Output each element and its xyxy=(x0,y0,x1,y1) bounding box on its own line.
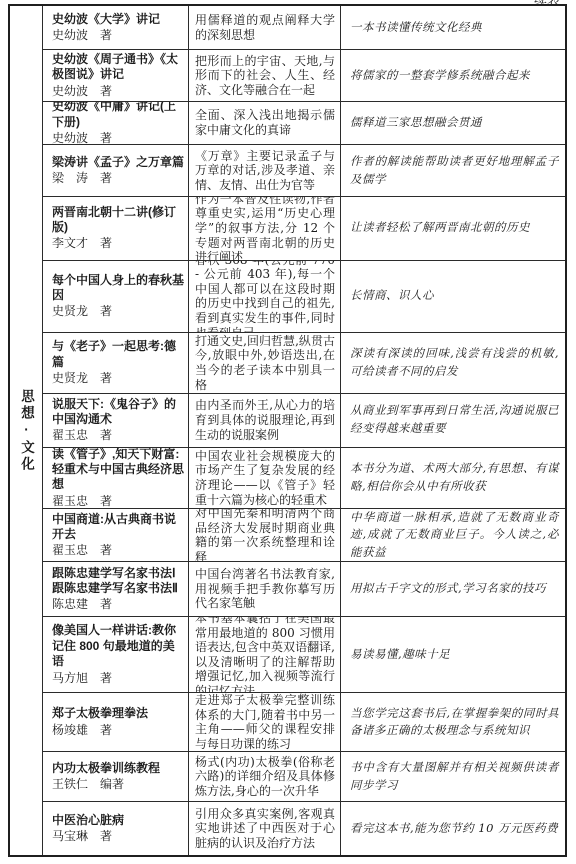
title-cell: 与《老子》一起思考:德篇 史贤龙 著 xyxy=(43,333,189,393)
recommendation-cell: 儒释道三家思想融会贯通 xyxy=(341,102,565,144)
book-description: 引用众多真实案例,客观真实地讲述了中西医对于心脏病的认识及治疗方法 xyxy=(195,807,335,851)
book-recommendation: 当您学完这套书后,在掌握拳架的同时具备诸多正确的太极理念与系统知识 xyxy=(350,705,559,741)
book-author: 陈忠建 著 xyxy=(52,597,184,613)
book-description: 本书基本囊括了在美国最常用最地道的 800 习惯用语表达,包含中英双语翻译,以及… xyxy=(195,617,335,692)
description-cell: 《万章》主要记录孟子与万章的对话,涉及孝道、亲情、友情、出仕为官等 xyxy=(189,145,341,196)
recommendation-cell: 作者的解读能帮助读者更好地理解孟子及儒学 xyxy=(341,145,565,196)
description-cell: 把形而上的宇宙、天地,与形而下的社会、人生、经济、文化等融合在一起 xyxy=(189,50,341,101)
book-title: 与《老子》一起思考:德篇 xyxy=(52,339,184,370)
description-cell: 引用众多真实案例,客观真实地讲述了中西医对于心脏病的认识及治疗方法 xyxy=(189,802,341,855)
table-row: 郑子太极拳理拳法 杨竣雄 著 走进郑子太极拳完整训练体系的大门,随着书中另一主角… xyxy=(43,693,565,752)
book-table: 思想·文化 史幼波《大学》讲记 史幼波 著 用儒释道的观点阐释大学的深刻思想 一… xyxy=(8,4,567,857)
book-title: 中医治心脏病 xyxy=(52,813,184,828)
table-row: 读《管子》,知天下财富:轻重术与中国古典经济思想 翟玉忠 著 中国农业社会规模庞… xyxy=(43,448,565,510)
book-author: 史贤龙 著 xyxy=(52,304,184,320)
book-recommendation: 深读有深读的回味,浅尝有浅尝的机敏,可给读者不同的启发 xyxy=(350,345,559,381)
recommendation-cell: 当您学完这套书后,在掌握拳架的同时具备诸多正确的太极理念与系统知识 xyxy=(341,693,565,751)
description-cell: 打通文史,回归哲慧,纵贯古今,放眼中外,妙语迭出,在当今的老子读本中别具一格 xyxy=(189,333,341,393)
table-row: 史幼波《大学》讲记 史幼波 著 用儒释道的观点阐释大学的深刻思想 一本书读懂传统… xyxy=(43,6,565,50)
table-row: 史幼波《中庸》讲记(上下册) 史幼波 著 全面、深入浅出地揭示儒家中庸文化的真谛… xyxy=(43,102,565,145)
table-row: 中医治心脏病 马宝琳 著 引用众多真实案例,客观真实地讲述了中西医对于心脏病的认… xyxy=(43,802,565,855)
description-cell: 对中国先秦和明清两个商品经济大发展时期商业典籍的第一次系统整理和诠释 xyxy=(189,509,341,561)
book-recommendation: 看完这本书,能为您节约 10 万元医药费 xyxy=(350,820,559,838)
book-recommendation: 儒释道三家思想融会贯通 xyxy=(350,114,559,132)
recommendation-cell: 将儒家的一整套学修系统融合起来 xyxy=(341,50,565,101)
description-cell: 用儒释道的观点阐释大学的深刻思想 xyxy=(189,6,341,49)
table-row: 史幼波《周子通书》《太极图说》讲记 史幼波 著 把形而上的宇宙、天地,与形而下的… xyxy=(43,50,565,102)
book-title: 说服天下:《鬼谷子》的中国沟通术 xyxy=(52,397,184,428)
title-cell: 史幼波《大学》讲记 史幼波 著 xyxy=(43,6,189,49)
title-cell: 说服天下:《鬼谷子》的中国沟通术 翟玉忠 著 xyxy=(43,394,189,447)
description-cell: 走进郑子太极拳完整训练体系的大门,随着书中另一主角——师父的课程安排与每日功课的… xyxy=(189,693,341,751)
table-row: 中国商道:从古典商书说开去 翟玉忠 著 对中国先秦和明清两个商品经济大发展时期商… xyxy=(43,509,565,562)
title-cell: 两晋南北朝十二讲(修订版) 李文才 著 xyxy=(43,197,189,260)
table-rows: 史幼波《大学》讲记 史幼波 著 用儒释道的观点阐释大学的深刻思想 一本书读懂传统… xyxy=(43,6,565,855)
book-description: 中国农业社会规模庞大的市场产生了复杂发展的经济理论——以《管子》轻重十六篇为核心… xyxy=(195,449,335,508)
category-label: 思想·文化 xyxy=(16,389,36,473)
book-recommendation: 让读者轻松了解两晋南北朝的历史 xyxy=(350,219,559,237)
description-cell: 作为一本普及性读物,作者尊重史实,运用“历史心理学”的叙事方法,分 12 个专题… xyxy=(189,197,341,260)
recommendation-cell: 让读者轻松了解两晋南北朝的历史 xyxy=(341,197,565,260)
book-recommendation: 中华商道一脉相承,造就了无数商业奇迹,成就了无数商业巨子。今人读之,必能获益 xyxy=(350,509,559,561)
description-cell: 本书基本囊括了在美国最常用最地道的 800 习惯用语表达,包含中英双语翻译,以及… xyxy=(189,617,341,692)
book-description: 全面、深入浅出地揭示儒家中庸文化的真谛 xyxy=(195,108,335,137)
book-description: 打通文史,回归哲慧,纵贯古今,放眼中外,妙语迭出,在当今的老子读本中别具一格 xyxy=(195,334,335,393)
description-cell: 杨式(内功)太极拳(俗称老六路)的详细介绍及具体修炼方法,身心的一次升华 xyxy=(189,752,341,801)
book-author: 史幼波 著 xyxy=(52,131,184,144)
title-cell: 像美国人一样讲话:教你记住 800 句最地道的美语 马方旭 著 xyxy=(43,617,189,692)
book-title: 梁涛讲《孟子》之万章篇 xyxy=(52,155,184,170)
title-cell: 郑子太极拳理拳法 杨竣雄 著 xyxy=(43,693,189,751)
book-author: 史贤龙 著 xyxy=(52,371,184,387)
book-author: 李文才 著 xyxy=(52,236,184,252)
book-author: 马方旭 著 xyxy=(52,671,184,687)
table-row: 说服天下:《鬼谷子》的中国沟通术 翟玉忠 著 由内圣而外王,从心力的培育到具体的… xyxy=(43,394,565,448)
table-row: 每个中国人身上的春秋基因 史贤龙 著 春秋 368 年(公元前 770 - 公元… xyxy=(43,261,565,333)
book-author: 梁 涛 著 xyxy=(52,171,184,187)
book-description: 由内圣而外王,从心力的培育到具体的说服理论,再到生动的说服案例 xyxy=(195,398,335,442)
book-recommendation: 作者的解读能帮助读者更好地理解孟子及儒学 xyxy=(350,153,559,189)
book-recommendation: 将儒家的一整套学修系统融合起来 xyxy=(350,67,559,85)
recommendation-cell: 长情商、识人心 xyxy=(341,261,565,332)
table-row: 与《老子》一起思考:德篇 史贤龙 著 打通文史,回归哲慧,纵贯古今,放眼中外,妙… xyxy=(43,333,565,394)
book-recommendation: 书中含有大量图解并有相关视频供读者同步学习 xyxy=(350,759,559,795)
table-row: 跟陈忠建学写名家书法Ⅰ 跟陈忠建学写名家书法Ⅱ 陈忠建 著 中国台湾著名书法教育… xyxy=(43,562,565,617)
book-description: 杨式(内功)太极拳(俗称老六路)的详细介绍及具体修炼方法,身心的一次升华 xyxy=(195,755,335,799)
description-cell: 春秋 368 年(公元前 770 - 公元前 403 年),每一个中国人都可以在… xyxy=(189,261,341,332)
recommendation-cell: 一本书读懂传统文化经典 xyxy=(341,6,565,49)
book-description: 春秋 368 年(公元前 770 - 公元前 403 年),每一个中国人都可以在… xyxy=(195,261,335,332)
book-description: 对中国先秦和明清两个商品经济大发展时期商业典籍的第一次系统整理和诠释 xyxy=(195,509,335,561)
book-description: 走进郑子太极拳完整训练体系的大门,随着书中另一主角——师父的课程安排与每日功课的… xyxy=(195,693,335,751)
description-cell: 由内圣而外王,从心力的培育到具体的说服理论,再到生动的说服案例 xyxy=(189,394,341,447)
book-title: 两晋南北朝十二讲(修订版) xyxy=(52,205,184,236)
title-cell: 梁涛讲《孟子》之万章篇 梁 涛 著 xyxy=(43,145,189,196)
table-row: 梁涛讲《孟子》之万章篇 梁 涛 著 《万章》主要记录孟子与万章的对话,涉及孝道、… xyxy=(43,145,565,197)
title-cell: 史幼波《周子通书》《太极图说》讲记 史幼波 著 xyxy=(43,50,189,101)
book-title: 史幼波《中庸》讲记(上下册) xyxy=(52,102,184,130)
book-title: 每个中国人身上的春秋基因 xyxy=(52,273,184,304)
book-recommendation: 一本书读懂传统文化经典 xyxy=(350,19,559,37)
book-recommendation: 长情商、识人心 xyxy=(350,287,559,305)
book-title: 像美国人一样讲话:教你记住 800 句最地道的美语 xyxy=(52,623,184,669)
table-row: 内功太极拳训练教程 王铁仁 编著 杨式(内功)太极拳(俗称老六路)的详细介绍及具… xyxy=(43,752,565,802)
description-cell: 中国台湾著名书法教育家,用视频手把手教你摹写历代名家笔触 xyxy=(189,562,341,616)
book-description: 《万章》主要记录孟子与万章的对话,涉及孝道、亲情、友情、出仕为官等 xyxy=(195,149,335,193)
recommendation-cell: 易读易懂,趣味十足 xyxy=(341,617,565,692)
book-author: 史幼波 著 xyxy=(52,28,184,44)
book-title: 读《管子》,知天下财富:轻重术与中国古典经济思想 xyxy=(52,448,184,493)
book-title: 跟陈忠建学写名家书法Ⅰ 跟陈忠建学写名家书法Ⅱ xyxy=(52,566,184,597)
recommendation-cell: 中华商道一脉相承,造就了无数商业奇迹,成就了无数商业巨子。今人读之,必能获益 xyxy=(341,509,565,561)
title-cell: 读《管子》,知天下财富:轻重术与中国古典经济思想 翟玉忠 著 xyxy=(43,448,189,509)
table-row: 两晋南北朝十二讲(修订版) 李文才 著 作为一本普及性读物,作者尊重史实,运用“… xyxy=(43,197,565,261)
book-author: 史幼波 著 xyxy=(52,84,184,100)
recommendation-cell: 看完这本书,能为您节约 10 万元医药费 xyxy=(341,802,565,855)
description-cell: 全面、深入浅出地揭示儒家中庸文化的真谛 xyxy=(189,102,341,144)
book-recommendation: 从商业到军事再到日常生活,沟通说服已经变得越来越重要 xyxy=(350,402,559,438)
title-cell: 史幼波《中庸》讲记(上下册) 史幼波 著 xyxy=(43,102,189,144)
title-cell: 中国商道:从古典商书说开去 翟玉忠 著 xyxy=(43,509,189,561)
description-cell: 中国农业社会规模庞大的市场产生了复杂发展的经济理论——以《管子》轻重十六篇为核心… xyxy=(189,448,341,509)
book-author: 翟玉忠 著 xyxy=(52,428,184,444)
table-row: 像美国人一样讲话:教你记住 800 句最地道的美语 马方旭 著 本书基本囊括了在… xyxy=(43,617,565,693)
recommendation-cell: 本书分为道、术两大部分,有思想、有谋略,相信你会从中有所收获 xyxy=(341,448,565,509)
book-description: 作为一本普及性读物,作者尊重史实,运用“历史心理学”的叙事方法,分 12 个专题… xyxy=(195,197,335,260)
book-recommendation: 用拟古千字文的形式,学习名家的技巧 xyxy=(350,580,559,598)
book-author: 翟玉忠 著 xyxy=(52,494,184,509)
book-author: 翟玉忠 著 xyxy=(52,543,184,559)
book-title: 郑子太极拳理拳法 xyxy=(52,706,184,721)
book-author: 王铁仁 编著 xyxy=(52,777,184,793)
book-author: 杨竣雄 著 xyxy=(52,723,184,739)
book-description: 用儒释道的观点阐释大学的深刻思想 xyxy=(195,13,335,42)
recommendation-cell: 书中含有大量图解并有相关视频供读者同步学习 xyxy=(341,752,565,801)
title-cell: 跟陈忠建学写名家书法Ⅰ 跟陈忠建学写名家书法Ⅱ 陈忠建 著 xyxy=(43,562,189,616)
recommendation-cell: 用拟古千字文的形式,学习名家的技巧 xyxy=(341,562,565,616)
book-recommendation: 易读易懂,趣味十足 xyxy=(350,646,559,664)
book-author: 马宝琳 著 xyxy=(52,829,184,845)
book-title: 史幼波《周子通书》《太极图说》讲记 xyxy=(52,52,184,83)
book-title: 内功太极拳训练教程 xyxy=(52,761,184,776)
recommendation-cell: 深读有深读的回味,浅尝有浅尝的机敏,可给读者不同的启发 xyxy=(341,333,565,393)
title-cell: 内功太极拳训练教程 王铁仁 编著 xyxy=(43,752,189,801)
recommendation-cell: 从商业到军事再到日常生活,沟通说服已经变得越来越重要 xyxy=(341,394,565,447)
book-title: 中国商道:从古典商书说开去 xyxy=(52,512,184,543)
book-title: 史幼波《大学》讲记 xyxy=(52,12,184,27)
book-description: 把形而上的宇宙、天地,与形而下的社会、人生、经济、文化等融合在一起 xyxy=(195,54,335,98)
title-cell: 中医治心脏病 马宝琳 著 xyxy=(43,802,189,855)
book-recommendation: 本书分为道、术两大部分,有思想、有谋略,相信你会从中有所收获 xyxy=(350,460,559,496)
book-description: 中国台湾著名书法教育家,用视频手把手教你摹写历代名家笔触 xyxy=(195,567,335,611)
title-cell: 每个中国人身上的春秋基因 史贤龙 著 xyxy=(43,261,189,332)
category-cell: 思想·文化 xyxy=(10,6,43,855)
